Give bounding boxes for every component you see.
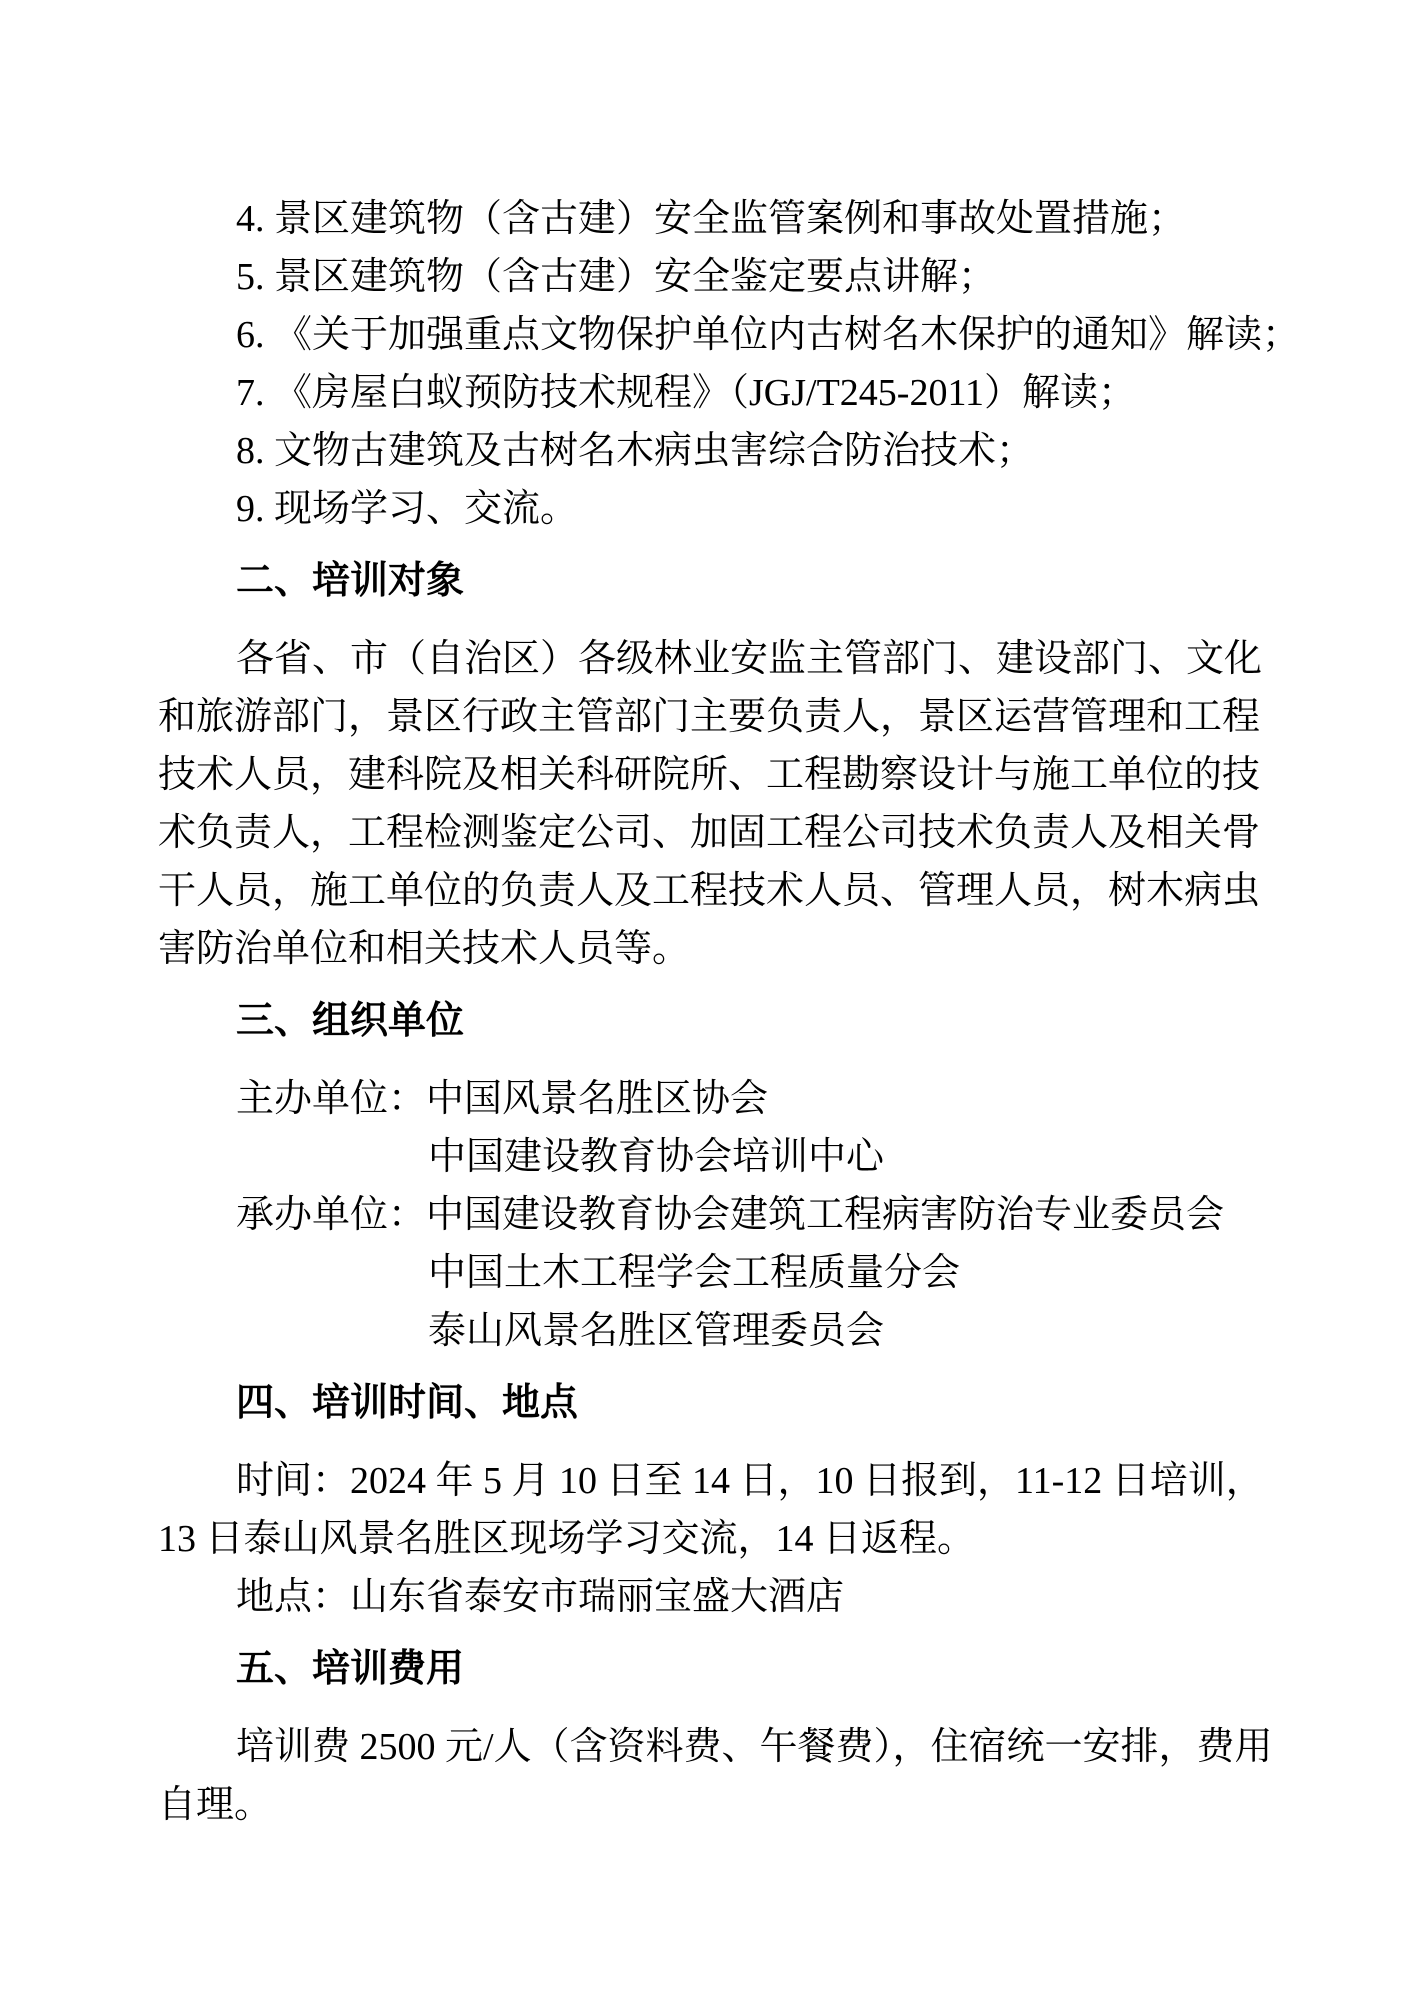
curriculum-item-5: 5. 景区建筑物（含古建）安全鉴定要点讲解；	[158, 248, 1266, 306]
section-heading-training-audience: 二、培训对象	[158, 552, 1266, 610]
section-heading-fee: 五、培训费用	[158, 1640, 1266, 1698]
curriculum-item-9: 9. 现场学习、交流。	[158, 480, 1266, 538]
time-line: 时间：2024 年 5 月 10 日至 14 日，10 日报到，11-12 日培…	[158, 1452, 1266, 1510]
paragraph-line: 害防治单位和相关技术人员等。	[158, 920, 1266, 978]
paragraph-line: 各省、市（自治区）各级林业安监主管部门、建设部门、文化	[158, 630, 1266, 688]
fee-line: 自理。	[158, 1776, 1266, 1834]
place-line: 地点：山东省泰安市瑞丽宝盛大酒店	[158, 1568, 1266, 1626]
undertaker-unit-line: 中国土木工程学会工程质量分会	[158, 1244, 1266, 1302]
host-unit-line: 中国建设教育协会培训中心	[158, 1128, 1266, 1186]
paragraph-line: 技术人员，建科院及相关科研院所、工程勘察设计与施工单位的技	[158, 746, 1266, 804]
fee-line: 培训费 2500 元/人（含资料费、午餐费），住宿统一安排，费用	[158, 1718, 1266, 1776]
undertaker-unit-line: 承办单位：中国建设教育协会建筑工程病害防治专业委员会	[158, 1186, 1266, 1244]
paragraph-line: 干人员，施工单位的负责人及工程技术人员、管理人员，树木病虫	[158, 862, 1266, 920]
section-heading-organizers: 三、组织单位	[158, 992, 1266, 1050]
curriculum-item-8: 8. 文物古建筑及古树名木病虫害综合防治技术；	[158, 422, 1266, 480]
section-heading-time-place: 四、培训时间、地点	[158, 1374, 1266, 1432]
document-content: 4. 景区建筑物（含古建）安全监管案例和事故处置措施； 5. 景区建筑物（含古建…	[158, 190, 1266, 1834]
paragraph-line: 术负责人，工程检测鉴定公司、加固工程公司技术负责人及相关骨	[158, 804, 1266, 862]
curriculum-item-6: 6. 《关于加强重点文物保护单位内古树名木保护的通知》解读；	[158, 306, 1266, 364]
curriculum-item-4: 4. 景区建筑物（含古建）安全监管案例和事故处置措施；	[158, 190, 1266, 248]
paragraph-line: 和旅游部门，景区行政主管部门主要负责人，景区运营管理和工程	[158, 688, 1266, 746]
document-page: 4. 景区建筑物（含古建）安全监管案例和事故处置措施； 5. 景区建筑物（含古建…	[0, 0, 1414, 1999]
time-line: 13 日泰山风景名胜区现场学习交流，14 日返程。	[158, 1510, 1266, 1568]
curriculum-item-7: 7. 《房屋白蚁预防技术规程》（JGJ/T245-2011）解读；	[158, 364, 1266, 422]
undertaker-unit-line: 泰山风景名胜区管理委员会	[158, 1302, 1266, 1360]
host-unit-line: 主办单位：中国风景名胜区协会	[158, 1070, 1266, 1128]
